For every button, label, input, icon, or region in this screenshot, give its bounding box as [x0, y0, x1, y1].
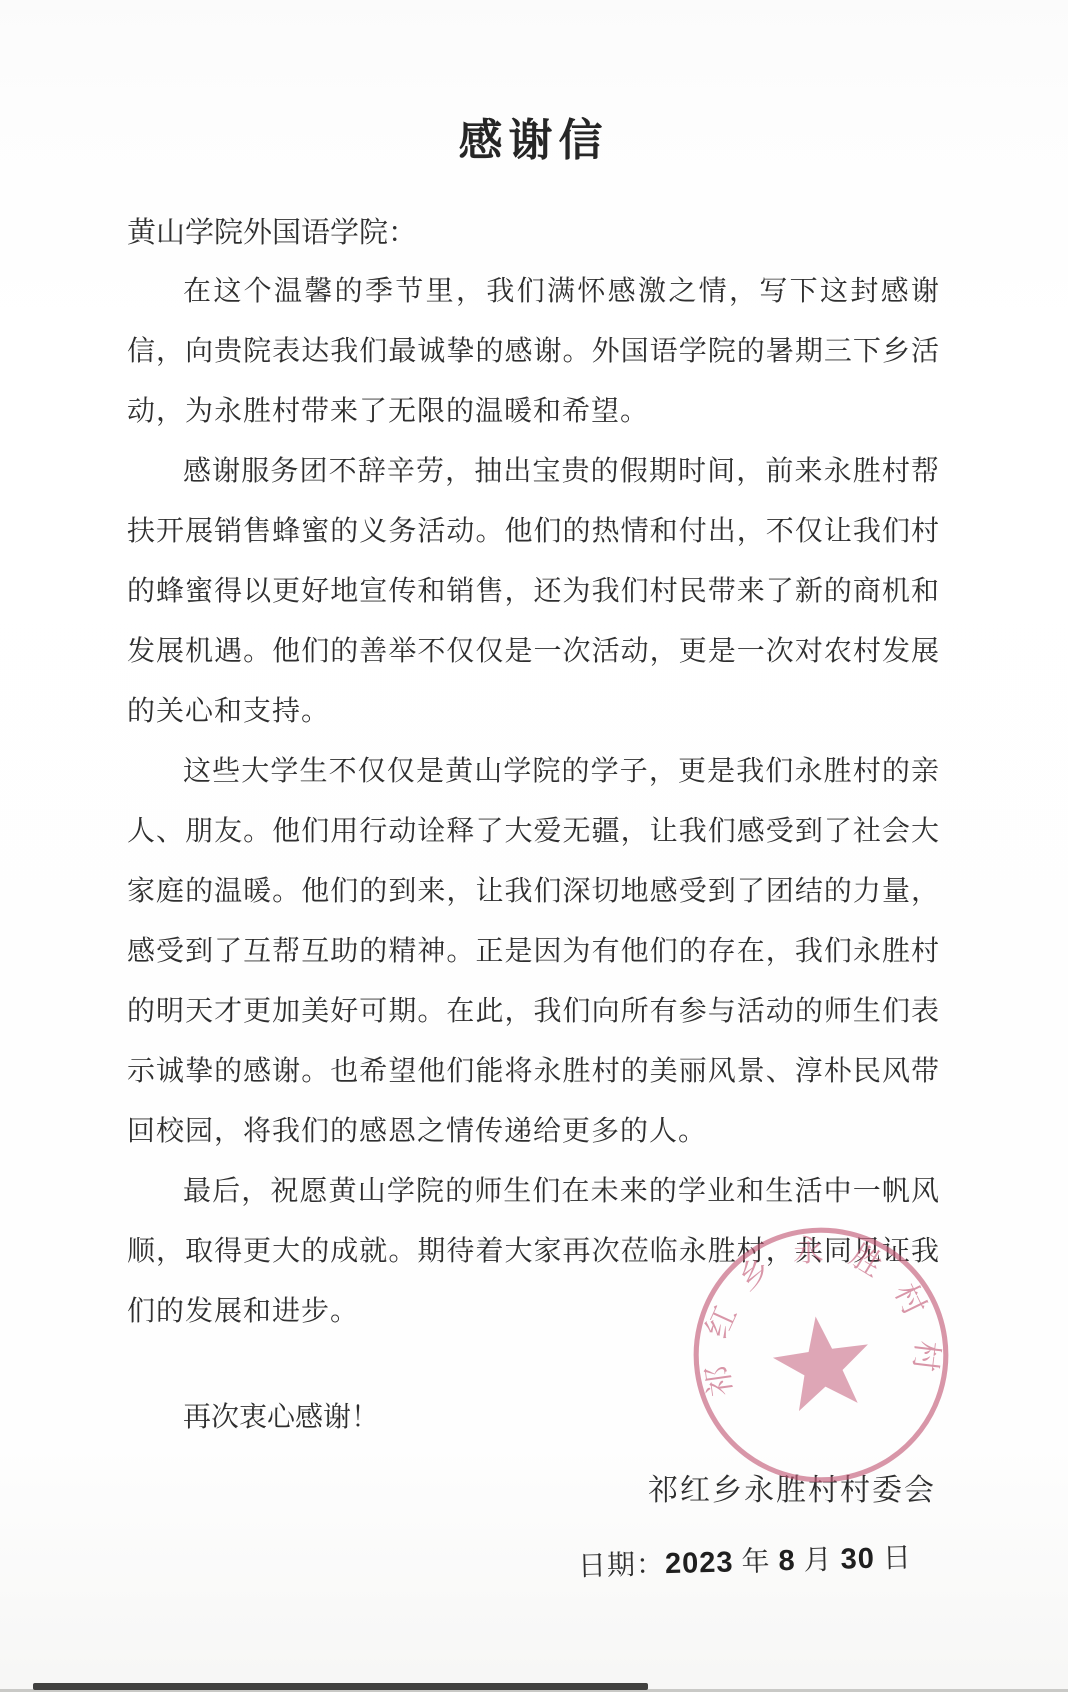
- date-year: 2023: [665, 1546, 734, 1580]
- paragraph: 最后，祝愿黄山学院的师生们在未来的学业和生活中一帆风顺，取得更大的成就。期待着大…: [127, 1162, 940, 1342]
- date-year-unit: 年: [733, 1546, 779, 1578]
- date-line: 日期：2023 年 8 月 30 日: [127, 1536, 913, 1597]
- salutation: 黄山学院外国语学院：: [127, 204, 940, 262]
- letter-title: 感谢信: [127, 104, 940, 168]
- signature: 祁红乡永胜村村委会: [127, 1462, 936, 1520]
- date-month-unit: 月: [795, 1545, 841, 1577]
- date-day-unit: 日: [875, 1543, 913, 1575]
- date-month: 8: [778, 1545, 796, 1577]
- letter-body: 在这个温馨的季节里，我们满怀感激之情，写下这封感谢信，向贵院表达我们最诚挚的感谢…: [127, 262, 940, 1342]
- paragraph: 感谢服务团不辞辛劳，抽出宝贵的假期时间，前来永胜村帮扶开展销售蜂蜜的义务活动。他…: [127, 442, 940, 742]
- scan-edge-artifact-dark: [33, 1683, 648, 1690]
- date-day: 30: [840, 1543, 875, 1576]
- paragraph: 在这个温馨的季节里，我们满怀感激之情，写下这封感谢信，向贵院表达我们最诚挚的感谢…: [127, 262, 940, 442]
- letter-content: 感谢信 黄山学院外国语学院： 在这个温馨的季节里，我们满怀感激之情，写下这封感谢…: [127, 104, 940, 1586]
- date-label: 日期：: [578, 1549, 666, 1582]
- closing-line: 再次衷心感谢！: [127, 1388, 940, 1448]
- scanned-letter-page: 感谢信 黄山学院外国语学院： 在这个温馨的季节里，我们满怀感激之情，写下这封感谢…: [0, 0, 1068, 1692]
- paragraph: 这些大学生不仅仅是黄山学院的学子，更是我们永胜村的亲人、朋友。他们用行动诠释了大…: [127, 742, 940, 1162]
